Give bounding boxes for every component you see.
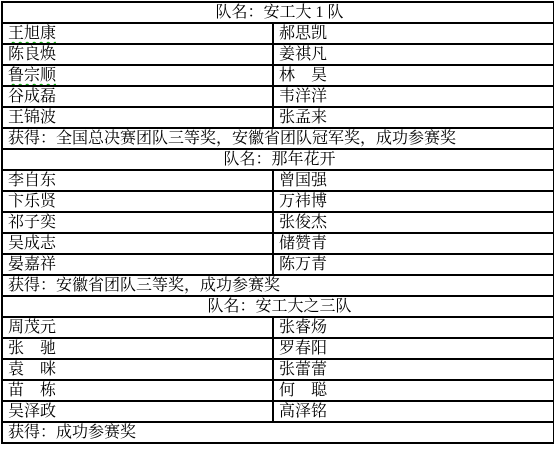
member-name-cell: 陈万青: [273, 254, 554, 275]
table-row: 李自东 曾国强: [2, 170, 554, 191]
member-name-cell: 罗春阳: [273, 338, 554, 359]
table-row: 袁 咪 张蕾蕾: [2, 359, 554, 380]
member-name-cell: 张睿炀: [273, 317, 554, 338]
member-name-cell: 王旭康: [2, 23, 273, 44]
team-name-cell: 队名：那年花开: [2, 149, 554, 170]
member-name-cell: 晏嘉祥: [2, 254, 273, 275]
table-row: 王锦波 张孟来: [2, 107, 554, 128]
table-row: 鲁宗顺 林 昊: [2, 65, 554, 86]
member-name-cell: 曾国强: [273, 170, 554, 191]
document-page: 队名：安工大 1 队 王旭康 郝思凯 陈良焕 姜祺凡 鲁宗顺 林 昊 谷成磊 韦…: [0, 0, 554, 460]
member-name-cell: 李自东: [2, 170, 273, 191]
member-name-cell: 吴成志: [2, 233, 273, 254]
table-row: 晏嘉祥 陈万青: [2, 254, 554, 275]
award-row: 获得：全国总决赛团队三等奖，安徽省团队冠军奖，成功参赛奖: [2, 128, 554, 149]
member-name-cell: 吴泽政: [2, 401, 273, 422]
award-cell: 获得：成功参赛奖: [2, 422, 554, 443]
table-row: 周茂元 张睿炀: [2, 317, 554, 338]
team-header-row: 队名：那年花开: [2, 149, 554, 170]
table-row: 祁子奕 张俊杰: [2, 212, 554, 233]
table-row: 陈良焕 姜祺凡: [2, 44, 554, 65]
member-name-cell: 袁 咪: [2, 359, 273, 380]
member-name-cell: 何 聪: [273, 380, 554, 401]
member-name-cell: 张孟来: [273, 107, 554, 128]
member-name-cell: 郝思凯: [273, 23, 554, 44]
table-row: 王旭康 郝思凯: [2, 23, 554, 44]
member-name-cell: 祁子奕: [2, 212, 273, 233]
member-name-text: 鲁宗顺: [8, 67, 56, 84]
member-name-cell: 王锦波: [2, 107, 273, 128]
teams-table: 队名：安工大 1 队 王旭康 郝思凯 陈良焕 姜祺凡 鲁宗顺 林 昊 谷成磊 韦…: [1, 1, 554, 444]
member-name-text: 王旭康: [8, 25, 56, 42]
member-name-cell: 陈良焕: [2, 44, 273, 65]
member-name-cell: 韦洋洋: [273, 86, 554, 107]
member-name-cell: 姜祺凡: [273, 44, 554, 65]
member-name-cell: 储赞青: [273, 233, 554, 254]
member-name-cell: 张 驰: [2, 338, 273, 359]
member-name-cell: 高泽铭: [273, 401, 554, 422]
member-name-cell: 张蕾蕾: [273, 359, 554, 380]
table-row: 卞乐贤 万祎博: [2, 191, 554, 212]
table-row: 吴成志 储赞青: [2, 233, 554, 254]
award-cell: 获得：全国总决赛团队三等奖，安徽省团队冠军奖，成功参赛奖: [2, 128, 554, 149]
team-header-row: 队名：安工大之三队: [2, 296, 554, 317]
member-name-cell: 鲁宗顺: [2, 65, 273, 86]
member-name-cell: 林 昊: [273, 65, 554, 86]
member-name-cell: 万祎博: [273, 191, 554, 212]
award-row: 获得：成功参赛奖: [2, 422, 554, 443]
team-name-cell: 队名：安工大 1 队: [2, 2, 554, 23]
table-row: 苗 栋 何 聪: [2, 380, 554, 401]
table-row: 张 驰 罗春阳: [2, 338, 554, 359]
member-name-cell: 卞乐贤: [2, 191, 273, 212]
member-name-cell: 周茂元: [2, 317, 273, 338]
member-name-cell: 谷成磊: [2, 86, 273, 107]
table-row: 谷成磊 韦洋洋: [2, 86, 554, 107]
team-header-row: 队名：安工大 1 队: [2, 2, 554, 23]
member-name-cell: 张俊杰: [273, 212, 554, 233]
award-cell: 获得：安徽省团队三等奖，成功参赛奖: [2, 275, 554, 296]
table-row: 吴泽政 高泽铭: [2, 401, 554, 422]
team-name-cell: 队名：安工大之三队: [2, 296, 554, 317]
member-name-cell: 苗 栋: [2, 380, 273, 401]
award-row: 获得：安徽省团队三等奖，成功参赛奖: [2, 275, 554, 296]
